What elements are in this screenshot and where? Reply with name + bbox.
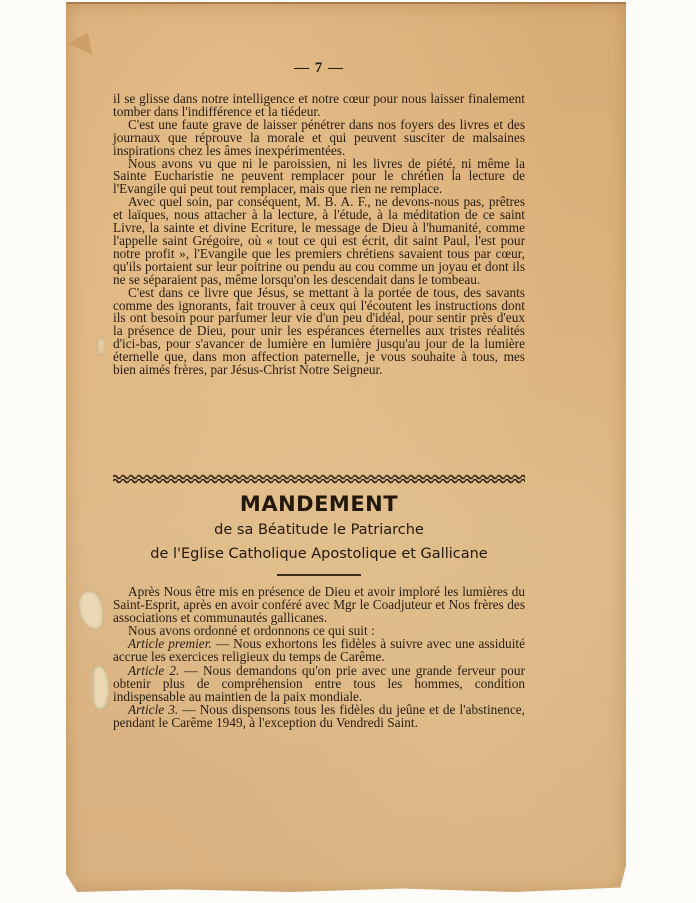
paragraph: C'est dans ce livre que Jésus, se mettan… bbox=[113, 287, 525, 377]
mandement-text: Après Nous être mis en présence de Dieu … bbox=[113, 585, 525, 729]
intro-paragraph: Après Nous être mis en présence de Dieu … bbox=[113, 585, 525, 624]
wavy-divider bbox=[113, 474, 525, 484]
heading-underline bbox=[277, 574, 361, 576]
paragraph: C'est une faute grave de laisser pénétre… bbox=[113, 119, 525, 158]
mandement-subtitle-1: de sa Béatitude le Patriarche bbox=[113, 518, 525, 542]
mandement-title: MANDEMENT bbox=[113, 490, 525, 518]
paragraph: Avec quel soin, par conséquent, M. B. A.… bbox=[113, 196, 525, 286]
article-3: Article 3. — Nous dispensons tous les fi… bbox=[113, 703, 525, 729]
paragraph: il se glisse dans notre intelligence et … bbox=[113, 93, 525, 119]
paper-tear bbox=[92, 665, 110, 710]
sermon-text: il se glisse dans notre intelligence et … bbox=[113, 93, 525, 377]
mandement-subtitle-2: de l'Eglise Catholique Apostolique et Ga… bbox=[113, 542, 525, 566]
paper-tear bbox=[96, 336, 106, 356]
article-1: Article premier. — Nous exhortons les fi… bbox=[113, 637, 525, 663]
mandement-heading: MANDEMENT de sa Béatitude le Patriarche … bbox=[113, 490, 525, 576]
article-2: Article 2. — Nous demandons qu'on prie a… bbox=[113, 664, 525, 703]
paragraph: Nous avons vu que ni le paroissien, ni l… bbox=[113, 158, 525, 197]
page-number: — 7 — bbox=[113, 60, 525, 77]
